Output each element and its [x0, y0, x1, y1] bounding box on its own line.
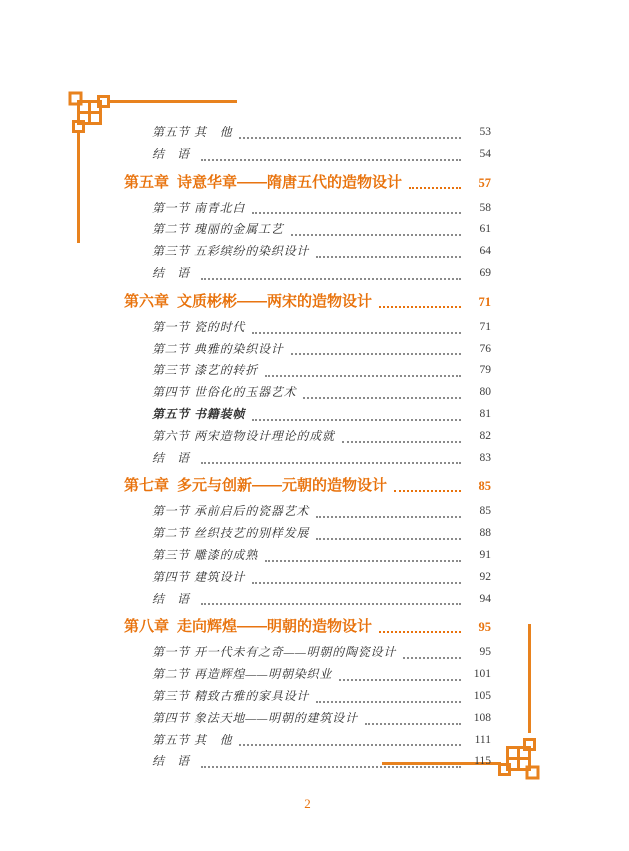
dot-leader: [201, 159, 461, 161]
dot-leader: [252, 582, 461, 584]
toc-section-row: 第五节书籍装帧81: [124, 404, 491, 426]
section-title: 建筑设计: [194, 567, 245, 589]
toc-section-row: 第一节瓷的时代71: [124, 317, 491, 339]
chapter-title: 多元与创新——元朝的造物设计: [177, 474, 387, 498]
section-page-number: 80: [465, 382, 491, 404]
section-title: 世俗化的玉器艺术: [194, 382, 296, 404]
dot-leader: [409, 187, 461, 189]
dot-leader: [291, 353, 461, 355]
section-page-number: 53: [465, 122, 491, 144]
dot-leader: [291, 234, 461, 236]
dot-leader: [201, 462, 461, 464]
chapter-label: 第六章: [124, 290, 177, 314]
page-number-footer: 2: [124, 796, 491, 812]
toc-section-row: 第一节开一代未有之奇——明朝的陶瓷设计95: [124, 642, 491, 664]
section-label: 第一节: [152, 642, 194, 664]
dot-leader: [239, 744, 461, 746]
section-title: 五彩缤纷的染织设计: [194, 241, 309, 263]
section-label: 结 语: [152, 144, 194, 166]
toc-chapter-row: 第五章诗意华章——隋唐五代的造物设计57: [124, 171, 491, 195]
book-page: 第五节其 他53结 语54第五章诗意华章——隋唐五代的造物设计57第一节南青北白…: [0, 0, 629, 851]
chapter-label: 第八章: [124, 615, 177, 639]
section-page-number: 71: [465, 317, 491, 339]
toc-section-row: 第四节建筑设计92: [124, 567, 491, 589]
section-label: 第五节: [152, 404, 194, 426]
section-label: 第二节: [152, 664, 194, 686]
section-label: 结 语: [152, 448, 194, 470]
section-page-number: 69: [465, 263, 491, 285]
table-of-contents: 第五节其 他53结 语54第五章诗意华章——隋唐五代的造物设计57第一节南青北白…: [124, 122, 491, 773]
chapter-label: 第七章: [124, 474, 177, 498]
dot-leader: [201, 278, 461, 280]
right-vertical-rule: [528, 624, 531, 733]
dot-leader: [365, 723, 461, 725]
section-title: 雕漆的成熟: [194, 545, 258, 567]
toc-section-row: 第二节瑰丽的金属工艺61: [124, 219, 491, 241]
toc-chapter-row: 第六章文质彬彬——两宋的造物设计71: [124, 290, 491, 314]
section-page-number: 76: [465, 339, 491, 361]
toc-section-row: 第一节承前启后的瓷器艺术85: [124, 501, 491, 523]
toc-chapter-row: 第八章走向辉煌——明朝的造物设计95: [124, 615, 491, 639]
chapter-page-number: 57: [465, 171, 491, 195]
chapter-page-number: 71: [465, 290, 491, 314]
toc-section-row: 第二节典雅的染织设计76: [124, 339, 491, 361]
section-page-number: 64: [465, 241, 491, 263]
section-label: 结 语: [152, 263, 194, 285]
section-title: 精致古雅的家具设计: [194, 686, 309, 708]
dot-leader: [316, 516, 461, 518]
section-title: 瓷的时代: [194, 317, 245, 339]
section-page-number: 79: [465, 360, 491, 382]
toc-section-row: 第五节其 他53: [124, 122, 491, 144]
section-title: 典雅的染织设计: [194, 339, 284, 361]
toc-section-row: 第二节再造辉煌——明朝染织业101: [124, 664, 491, 686]
section-title: 其 他: [194, 730, 232, 752]
section-page-number: 91: [465, 545, 491, 567]
section-label: 第三节: [152, 545, 194, 567]
chinese-knot-corner-icon: [65, 88, 115, 143]
section-page-number: 85: [465, 501, 491, 523]
section-label: 结 语: [152, 589, 194, 611]
chapter-title: 文质彬彬——两宋的造物设计: [177, 290, 372, 314]
dot-leader: [379, 631, 461, 633]
page-number: 2: [304, 796, 311, 811]
left-vertical-rule: [77, 130, 80, 243]
dot-leader: [316, 256, 461, 258]
section-label: 第六节: [152, 426, 194, 448]
dot-leader: [316, 538, 461, 540]
dot-leader: [201, 766, 461, 768]
dot-leader: [342, 441, 461, 443]
toc-section-row: 第三节雕漆的成熟91: [124, 545, 491, 567]
toc-section-row: 第三节漆艺的转折79: [124, 360, 491, 382]
section-title: 再造辉煌——明朝染织业: [194, 664, 332, 686]
section-page-number: 105: [465, 686, 491, 708]
toc-section-row: 第三节精致古雅的家具设计105: [124, 686, 491, 708]
dot-leader: [201, 603, 461, 605]
dot-leader: [252, 332, 461, 334]
section-title: 丝织技艺的别样发展: [194, 523, 309, 545]
toc-section-row: 第二节丝织技艺的别样发展88: [124, 523, 491, 545]
toc-section-row: 结 语115: [124, 751, 491, 773]
section-label: 第三节: [152, 241, 194, 263]
toc-section-row: 结 语54: [124, 144, 491, 166]
section-title: 书籍装帧: [194, 404, 245, 426]
toc-section-row: 第一节南青北白58: [124, 198, 491, 220]
dot-leader: [252, 212, 461, 214]
section-label: 第五节: [152, 730, 194, 752]
section-title: 承前启后的瓷器艺术: [194, 501, 309, 523]
section-label: 第四节: [152, 382, 194, 404]
section-page-number: 94: [465, 589, 491, 611]
section-label: 第一节: [152, 317, 194, 339]
section-title: 漆艺的转折: [194, 360, 258, 382]
chapter-label: 第五章: [124, 171, 177, 195]
dot-leader: [316, 701, 461, 703]
section-title: 瑰丽的金属工艺: [194, 219, 284, 241]
section-label: 第一节: [152, 198, 194, 220]
dot-leader: [403, 657, 461, 659]
section-page-number: 111: [465, 730, 491, 752]
section-label: 结 语: [152, 751, 194, 773]
section-page-number: 101: [465, 664, 491, 686]
section-label: 第四节: [152, 708, 194, 730]
chapter-title: 诗意华章——隋唐五代的造物设计: [177, 171, 402, 195]
section-page-number: 108: [465, 708, 491, 730]
section-page-number: 54: [465, 144, 491, 166]
section-page-number: 95: [465, 642, 491, 664]
section-label: 第二节: [152, 523, 194, 545]
dot-leader: [339, 679, 461, 681]
top-horizontal-rule: [110, 100, 237, 103]
section-title: 南青北白: [194, 198, 245, 220]
toc-section-row: 第三节五彩缤纷的染织设计64: [124, 241, 491, 263]
section-title: 两宋造物设计理论的成就: [194, 426, 335, 448]
toc-section-row: 结 语69: [124, 263, 491, 285]
section-page-number: 81: [465, 404, 491, 426]
toc-section-row: 第五节其 他111: [124, 730, 491, 752]
section-page-number: 83: [465, 448, 491, 470]
section-page-number: 82: [465, 426, 491, 448]
section-label: 第五节: [152, 122, 194, 144]
section-page-number: 92: [465, 567, 491, 589]
dot-leader: [379, 306, 461, 308]
chapter-page-number: 85: [465, 474, 491, 498]
toc-section-row: 第四节象法天地——明朝的建筑设计108: [124, 708, 491, 730]
section-label: 第三节: [152, 686, 194, 708]
toc-section-row: 结 语94: [124, 589, 491, 611]
section-label: 第一节: [152, 501, 194, 523]
section-page-number: 58: [465, 198, 491, 220]
dot-leader: [265, 375, 461, 377]
section-page-number: 115: [465, 751, 491, 773]
chapter-page-number: 95: [465, 615, 491, 639]
section-page-number: 61: [465, 219, 491, 241]
toc-section-row: 第六节两宋造物设计理论的成就82: [124, 426, 491, 448]
dot-leader: [239, 137, 461, 139]
dot-leader: [252, 419, 461, 421]
section-title: 其 他: [194, 122, 232, 144]
section-label: 第二节: [152, 339, 194, 361]
section-title: 象法天地——明朝的建筑设计: [194, 708, 358, 730]
chinese-knot-corner-icon: [493, 728, 543, 783]
dot-leader: [394, 490, 461, 492]
section-title: 开一代未有之奇——明朝的陶瓷设计: [194, 642, 396, 664]
dot-leader: [303, 397, 461, 399]
toc-section-row: 第四节世俗化的玉器艺术80: [124, 382, 491, 404]
section-label: 第三节: [152, 360, 194, 382]
toc-chapter-row: 第七章多元与创新——元朝的造物设计85: [124, 474, 491, 498]
dot-leader: [265, 560, 461, 562]
section-label: 第二节: [152, 219, 194, 241]
section-label: 第四节: [152, 567, 194, 589]
section-page-number: 88: [465, 523, 491, 545]
toc-section-row: 结 语83: [124, 448, 491, 470]
chapter-title: 走向辉煌——明朝的造物设计: [177, 615, 372, 639]
